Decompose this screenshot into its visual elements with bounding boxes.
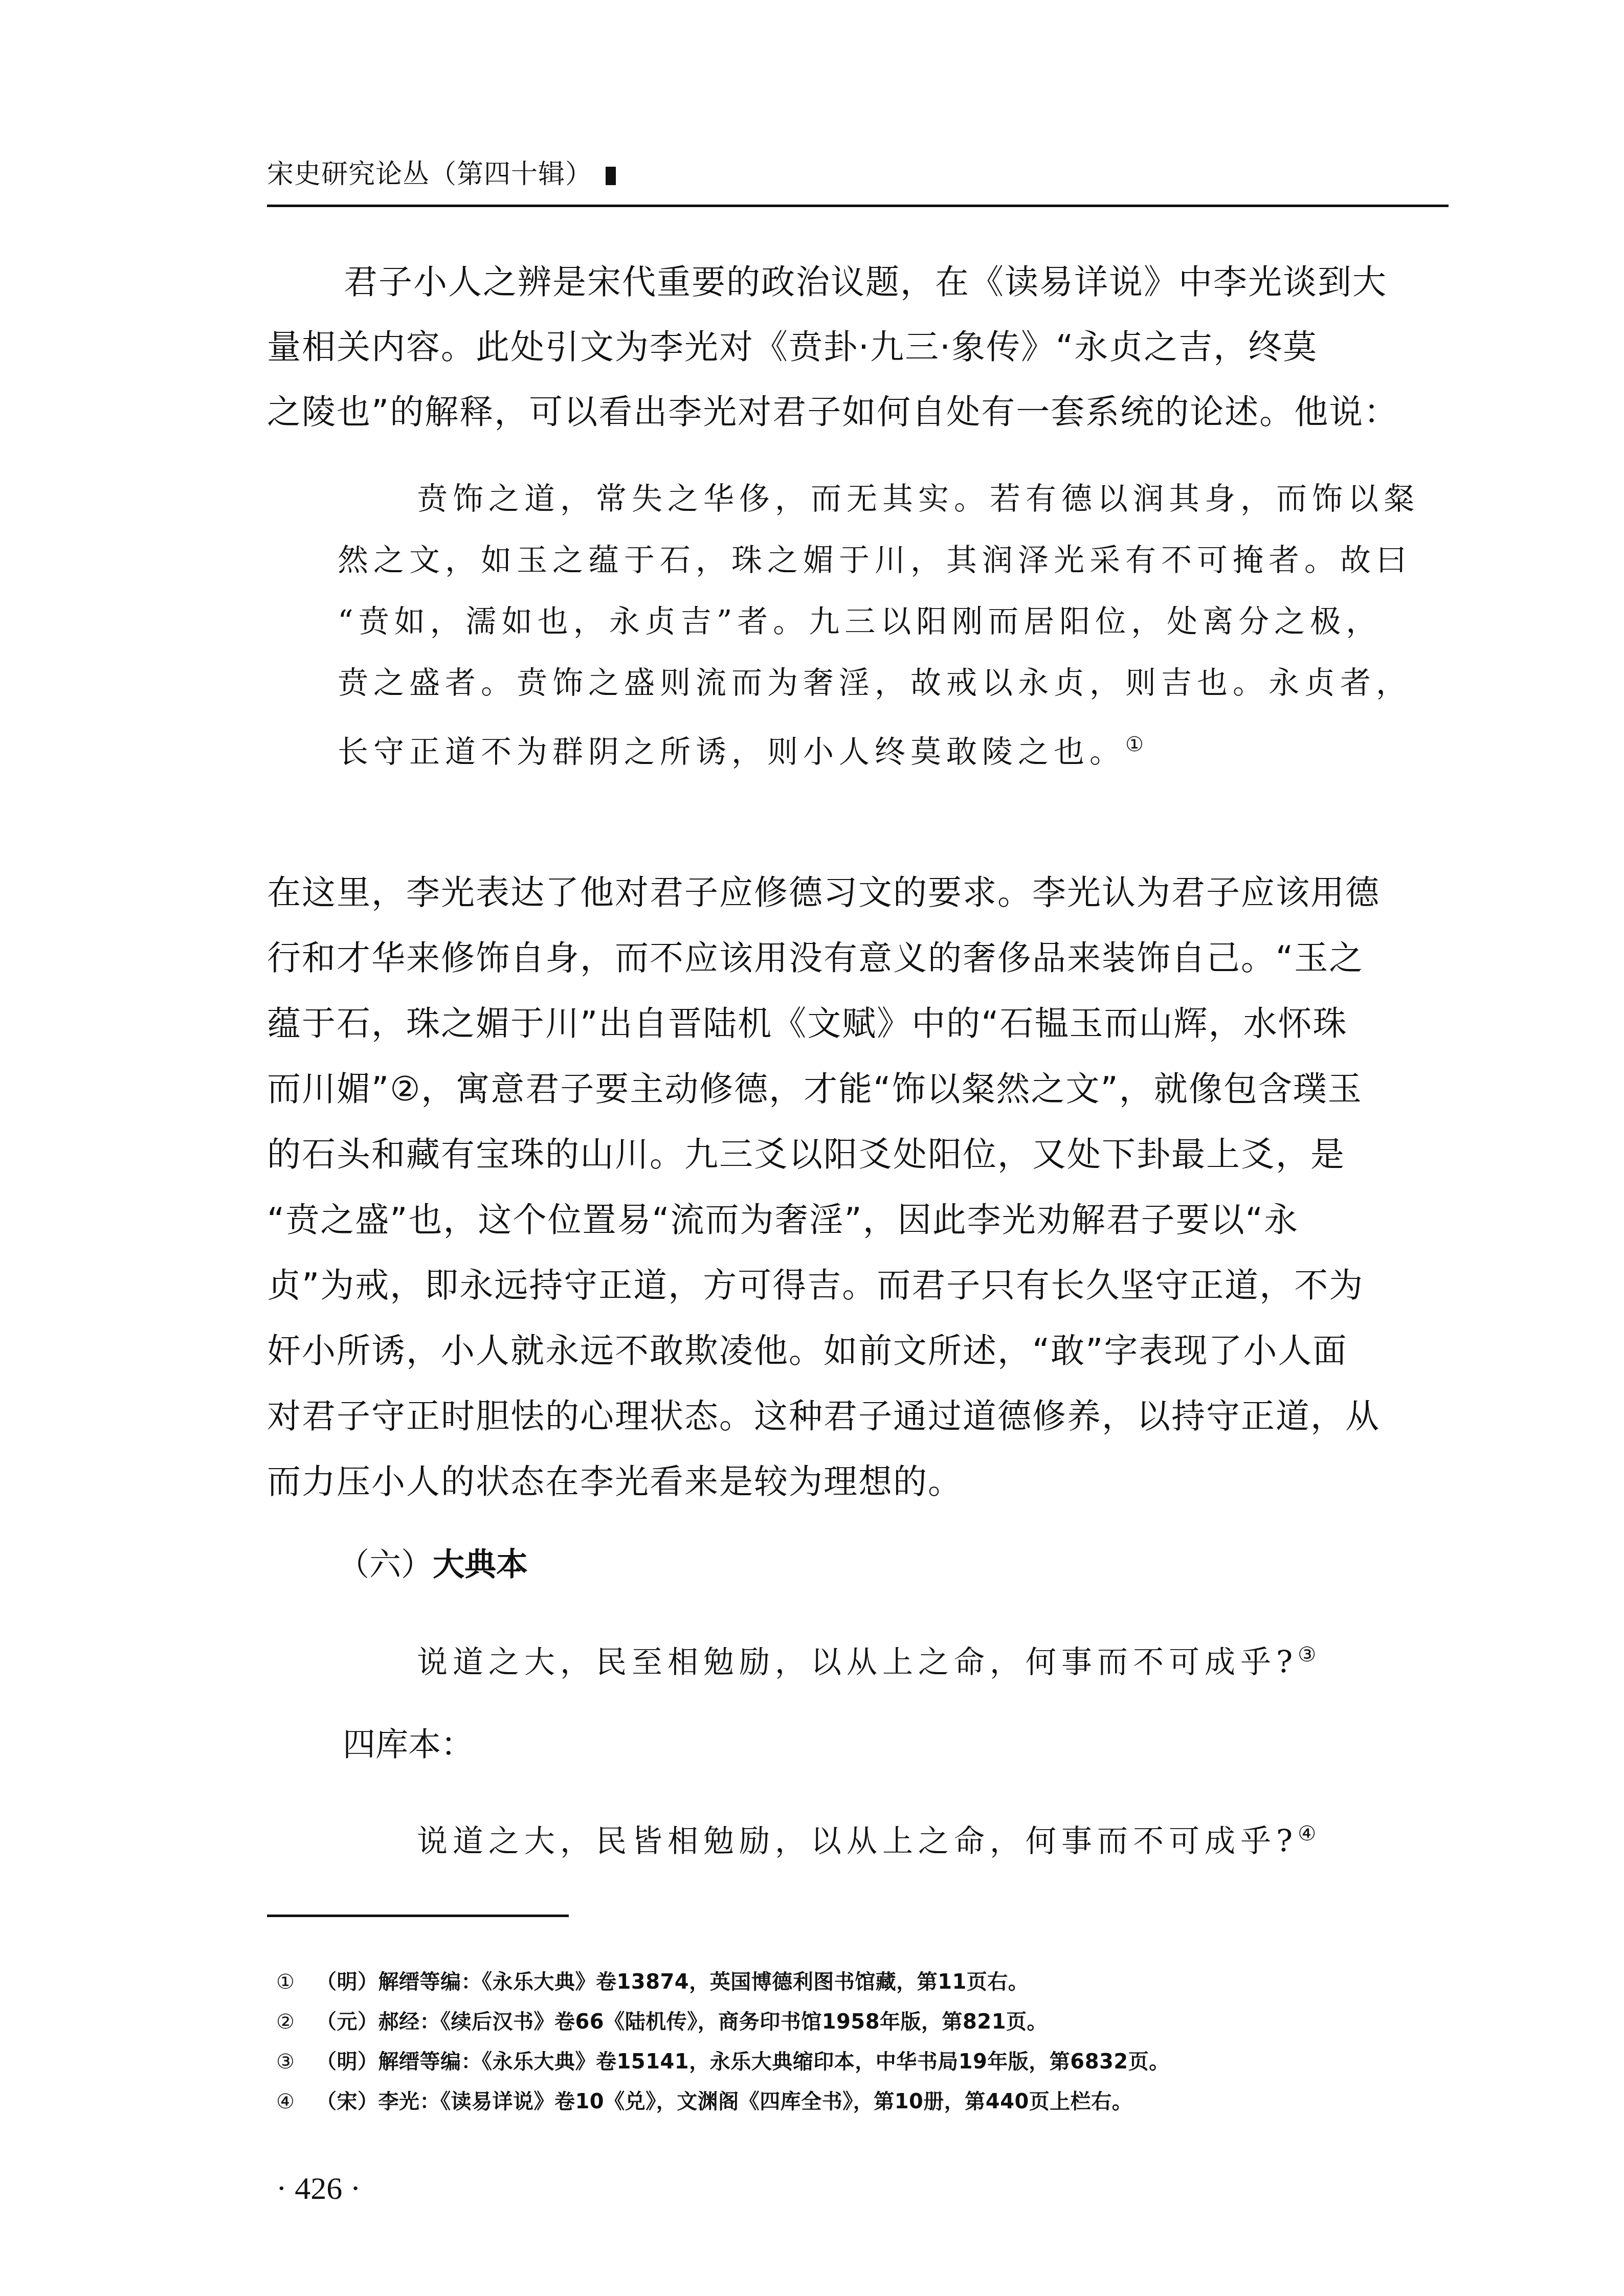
page-number: · 426 · — [276, 2168, 361, 2209]
black-square-icon — [606, 167, 616, 185]
footnote-number: ③ — [276, 2047, 316, 2076]
footnote-3: ③（明）解缙等编：《永乐大典》卷15141，永乐大典缩印本，中华书局19年版，第… — [276, 2047, 1170, 2076]
section-title: 大典本 — [433, 1546, 528, 1583]
footnote-text: （明）解缙等编：《永乐大典》卷13874，英国博德利图书馆藏，第11页右。 — [316, 1970, 1029, 1994]
footnote-ref-1[interactable]: ① — [1125, 733, 1144, 756]
paragraph-line: 蕴于石，珠之媚于川”出自晋陆机《文赋》中的“石韫玉而山辉，水怀珠 — [267, 1003, 1347, 1044]
paragraph-line: 之陵也”的解释，可以看出李光对君子如何自处有一套系统的论述。他说： — [267, 392, 1398, 433]
quote-text: 说道之大，民皆相勉励，以从上之命，何事而不可成乎? — [417, 1824, 1298, 1859]
quote-siku: 说道之大，民皆相勉励，以从上之命，何事而不可成乎?④ — [417, 1814, 1316, 1861]
footnote-ref-4[interactable]: ④ — [1298, 1822, 1316, 1845]
paragraph-line: 贞”为戒，即永远持守正道，方可得吉。而君子只有长久坚守正道，不为 — [267, 1265, 1364, 1306]
footnote-ref-3[interactable]: ③ — [1298, 1643, 1316, 1667]
quote-line: 长守正道不为群阴之所诱，则小人终莫敢陵之也。① — [338, 725, 1144, 772]
running-header-title: 宋史研究论丛（第四十辑） — [267, 156, 616, 192]
footnote-1: ①（明）解缙等编：《永乐大典》卷13874，英国博德利图书馆藏，第11页右。 — [276, 1968, 1029, 1996]
header-rule — [267, 205, 1449, 207]
paragraph-line: 对君子守正时胆怯的心理状态。这种君子通过道德修养，以持守正道，从 — [267, 1396, 1380, 1437]
footnote-number: ④ — [276, 2087, 316, 2116]
journal-title: 宋史研究论丛（第四十辑） — [267, 159, 592, 190]
section-number: （六） — [338, 1546, 433, 1583]
paragraph-line: 而力压小人的状态在李光看来是较为理想的。 — [267, 1461, 963, 1502]
footnote-text: （元）郝经：《续后汉书》卷66《陆机传》，商务印书馆1958年版，第821页。 — [316, 2010, 1048, 2034]
paragraph-line: 君子小人之辨是宋代重要的政治议题，在《读易详说》中李光谈到大 — [344, 262, 1387, 303]
quote-line: 贲之盛者。贲饰之盛则流而为奢淫，故戒以永贞，则吉也。永贞者， — [338, 664, 1412, 703]
footnote-number: ① — [276, 1968, 316, 1996]
paragraph-line: 量相关内容。此处引文为李光对《贲卦·九三·象传》“永贞之吉，终莫 — [267, 327, 1318, 368]
paragraph-line: “贲之盛”也，这个位置易“流而为奢淫”，因此李光劝解君子要以“永 — [267, 1200, 1299, 1241]
section-heading: （六）大典本 — [338, 1544, 528, 1585]
paragraph-line: 行和才华来修饰自身，而不应该用没有意义的奢侈品来装饰自己。“玉之 — [267, 938, 1364, 979]
paragraph-line: 而川媚”②，寓意君子要主动修德，才能“饰以粲然之文”，就像包含璞玉 — [267, 1069, 1363, 1110]
siku-label: 四库本： — [343, 1724, 474, 1765]
quote-text: 说道之大，民至相勉励，以从上之命，何事而不可成乎? — [417, 1645, 1298, 1680]
paragraph-line: 在这里，李光表达了他对君子应修德习文的要求。李光认为君子应该用德 — [267, 872, 1380, 913]
footnote-4: ④（宋）李光：《读易详说》卷10《兑》，文渊阁《四库全书》，第10册，第440页… — [276, 2087, 1132, 2116]
quote-line: “贲如，濡如也，永贞吉”者。九三以阳刚而居阳位，处离分之极， — [338, 602, 1382, 641]
footnote-text: （宋）李光：《读易详说》卷10《兑》，文渊阁《四库全书》，第10册，第440页上… — [316, 2090, 1132, 2113]
quote-line: 然之文，如玉之蕴于石，珠之媚于川，其润泽光采有不可掩者。故曰 — [338, 541, 1412, 580]
quote-line: 贲饰之道，常失之华侈，而无其实。若有德以润其身，而饰以粲 — [417, 480, 1419, 519]
footnote-number: ② — [276, 2008, 316, 2036]
paragraph-line: 的石头和藏有宝珠的山川。九三爻以阳爻处阳位，又处下卦最上爻，是 — [267, 1134, 1345, 1175]
running-header: 宋史研究论丛（第四十辑） — [267, 153, 1449, 210]
quote-dadian: 说道之大，民至相勉励，以从上之命，何事而不可成乎?③ — [417, 1635, 1316, 1682]
footnote-2: ②（元）郝经：《续后汉书》卷66《陆机传》，商务印书馆1958年版，第821页。 — [276, 2008, 1048, 2036]
book-page: 宋史研究论丛（第四十辑） 君子小人之辨是宋代重要的政治议题，在《读易详说》中李光… — [0, 0, 1624, 2296]
quote-text: 长守正道不为群阴之所诱，则小人终莫敢陵之也。 — [338, 734, 1125, 770]
paragraph-line: 奸小所诱，小人就永远不敢欺凌他。如前文所述，“敢”字表现了小人面 — [267, 1331, 1347, 1371]
footnote-text: （明）解缙等编：《永乐大典》卷15141，永乐大典缩印本，中华书局19年版，第6… — [316, 2050, 1170, 2074]
footnote-rule — [267, 1915, 569, 1917]
